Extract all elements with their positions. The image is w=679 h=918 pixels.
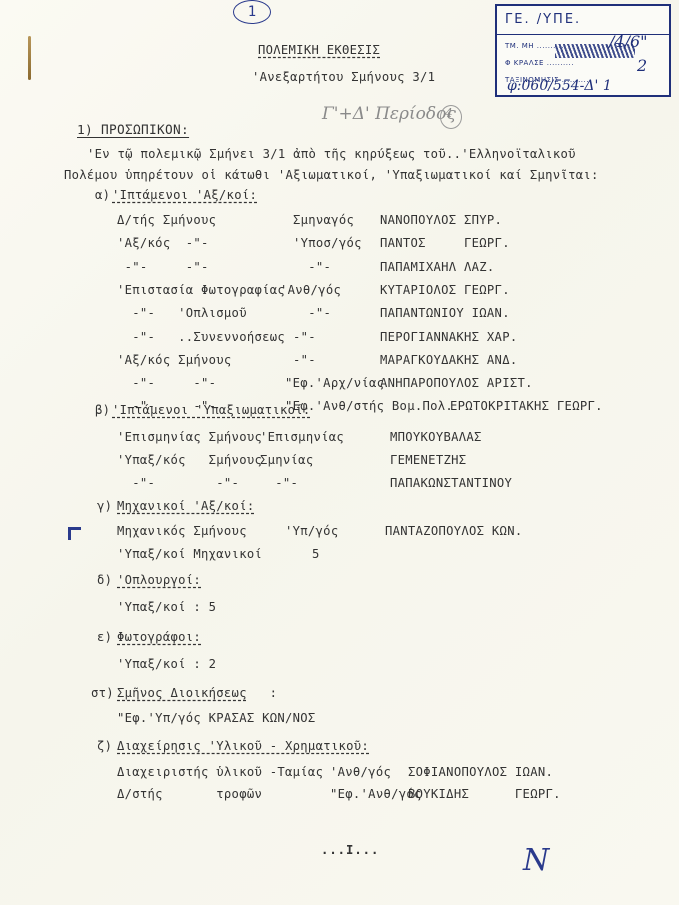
scan-edge <box>0 905 679 918</box>
row-rank: -"- <box>293 330 316 344</box>
document-title: ΠΟΛΕΜΙΚΗ ΕΚΘΕΣΙΣ <box>258 43 380 57</box>
row-name: ΠΑΠΑΚΩΝΣΤΑΝΤΙΝΟΥ <box>390 476 512 490</box>
subsection-c-heading: Μηχανικοί 'Αξ/κοί: <box>117 499 254 513</box>
stamp-hand-3: φ:060/554-Δ' 1 <box>507 78 612 94</box>
subsection-f-colon: : <box>262 686 277 700</box>
subsection-e-label: ε) <box>97 630 112 644</box>
row-name: ΜΑΡΑΓΚΟΥΔΑΚΗΣ ΑΝΔ. <box>380 353 517 367</box>
row-role: -"- -"- <box>117 260 209 274</box>
subsection-d-heading: 'Οπλουργοί: <box>117 573 201 587</box>
row-name: ΣΟΦΙΑΝΟΠΟΥΛΟΣ ΙΩΑΝ. <box>408 765 553 779</box>
margin-corner-mark <box>68 527 81 540</box>
row-name: 5 <box>312 547 320 561</box>
row-role: Δ/στής τροφῶν <box>117 787 262 801</box>
subsection-f-heading: Σμῆνος Διοικήσεως <box>117 686 247 700</box>
subsection-b-heading: 'Ιπτάμενοι 'Υπαξιωματικοί: <box>112 403 311 417</box>
row-rank: 'Ανθ/γός <box>330 765 391 779</box>
handwritten-period-number: 4 <box>445 106 453 120</box>
row-role: 'Επιστασία Φωτογραφίας <box>117 283 285 297</box>
row-rank: -"- <box>293 306 331 320</box>
stamp-hand-1: /4/6" <box>609 32 648 51</box>
subsection-c-label: γ) <box>97 499 112 513</box>
subsection-a-label: α) <box>95 188 110 202</box>
row-rank: -"- <box>260 476 298 490</box>
row-name: ΕΡΩΤΟΚΡΙΤΑΚΗΣ ΓΕΩΡΓ. <box>450 399 603 413</box>
intro-line-1: 'Εν τῷ πολεμικῷ Σμήνει 3/1 ἀπὸ τῆς κηρύξ… <box>87 147 576 161</box>
section-heading-personnel: 1) ΠΡΟΣΩΠΙΚΟΝ: <box>77 123 189 138</box>
row-name: ΓΕΜΕΝΕΤΖΗΣ <box>390 453 466 467</box>
stamp-hand-2: 2 <box>637 56 647 75</box>
intro-line-2: Πολέμου ὑπηρέτουν οἱ κάτωθι 'Αξιωματικοί… <box>64 168 599 182</box>
row-role: -"- -"- <box>117 476 239 490</box>
row-role: 'Υπαξ/κός Σμήνους <box>117 453 262 467</box>
row-role: Μηχανικός Σμήνους <box>117 524 247 538</box>
row-role: Διαχειριστής ὑλικοῦ -Ταμίας <box>117 765 323 779</box>
subsection-e-heading: Φωτογράφοι: <box>117 630 201 644</box>
row-role: 'Υπαξ/κοί Μηχανικοί <box>117 547 262 561</box>
row-name: ΠΑΝΤΟΣ ΓΕΩΡΓ. <box>380 236 510 250</box>
subsection-d-label: δ) <box>97 573 112 587</box>
row-name: ΠΑΝΤΑΖΟΠΟΥΛΟΣ ΚΩΝ. <box>385 524 522 538</box>
row-name: ΠΕΡΟΓΙΑΝΝΑΚΗΣ ΧΑΡ. <box>380 330 517 344</box>
subsection-g-heading: Διαχείρησις 'Υλικοῦ - Χρηματικοῦ: <box>117 739 369 753</box>
row-rank: Σμηνίας <box>260 453 313 467</box>
row-rank: 'Υποσ/γός <box>293 236 362 250</box>
row-role: -"- 'Οπλισμοῦ <box>117 306 247 320</box>
row-name: ΠΑΠΑΝΤΩΝΙΟΥ ΙΩΑΝ. <box>380 306 510 320</box>
row-role: Δ/τής Σμήνους <box>117 213 216 227</box>
page-number-text: 1 <box>248 4 256 20</box>
row-rank: 'Επισμηνίας <box>260 430 344 444</box>
row-name: ΚΥΤΑΡΙΟΛΟΣ ΓΕΩΡΓ. <box>380 283 510 297</box>
row-role: -"- ..Συνεννοήσεως <box>117 330 285 344</box>
subsection-a-heading: 'Ιπτάμενοι 'Αξ/κοί: <box>112 188 257 202</box>
handwritten-initial: Ν <box>523 843 549 878</box>
subsection-f-line: "Εφ.'Υπ/γός ΚΡΑΣΑΣ ΚΩΝ/ΝΟΣ <box>117 711 316 725</box>
row-name: ΑΝΗΠΑΡΟΠΟΥΛΟΣ ΑΡΙΣΤ. <box>380 376 533 390</box>
row-rank: "Εφ.'Αρχ/νίας <box>285 376 384 390</box>
circled-page-number: 1 <box>233 0 271 24</box>
row-rank: 'Υπ/γός <box>285 524 338 538</box>
subsection-d-line: 'Υπαξ/κοί : 5 <box>117 600 216 614</box>
row-rank: Σμηναγός <box>293 213 354 227</box>
row-rank: -"- <box>293 260 331 274</box>
document-subtitle: 'Ανεξαρτήτου Σμήνους 3/1 <box>252 70 435 84</box>
row-role: 'Αξ/κός Σμήνους <box>117 353 232 367</box>
row-role: 'Επισμηνίας Σμήνους <box>117 430 262 444</box>
row-name: ΒΟΥΚΙΔΗΣ ΓΕΩΡΓ. <box>408 787 561 801</box>
subsection-e-line: 'Υπαξ/κοί : 2 <box>117 657 216 671</box>
archive-stamp: ΓΕ. /ΥΠΕ. ΤΜ. ΜΗ .......... Φ ΚΡΑΛΣΕ ...… <box>495 4 671 97</box>
row-rank: -"- <box>293 353 316 367</box>
row-role: 'Αξ/κός -"- <box>117 236 209 250</box>
handwritten-period: Γ'+Δ' Περίοδος <box>322 104 456 124</box>
subsection-g-label: ζ) <box>97 739 112 753</box>
row-name: ΝΑΝΟΠΟΥΛΟΣ ΣΠΥΡ. <box>380 213 502 227</box>
page-marker: ...I... <box>321 843 379 857</box>
row-role: -"- -"- <box>117 376 216 390</box>
row-rank: 'Ανθ/γός <box>280 283 341 297</box>
staple-mark <box>28 36 31 80</box>
subsection-f-label: στ) <box>91 686 114 700</box>
stamp-header: ΓΕ. /ΥΠΕ. <box>505 12 581 27</box>
stamp-row-2: Φ ΚΡΑΛΣΕ .......... <box>505 59 574 67</box>
row-name: ΠΑΠΑΜΙΧΑΗΛ ΛΑΖ. <box>380 260 495 274</box>
subsection-b-label: β) <box>95 403 110 417</box>
row-name: ΜΠΟΥΚΟΥΒΑΛΑΣ <box>390 430 482 444</box>
